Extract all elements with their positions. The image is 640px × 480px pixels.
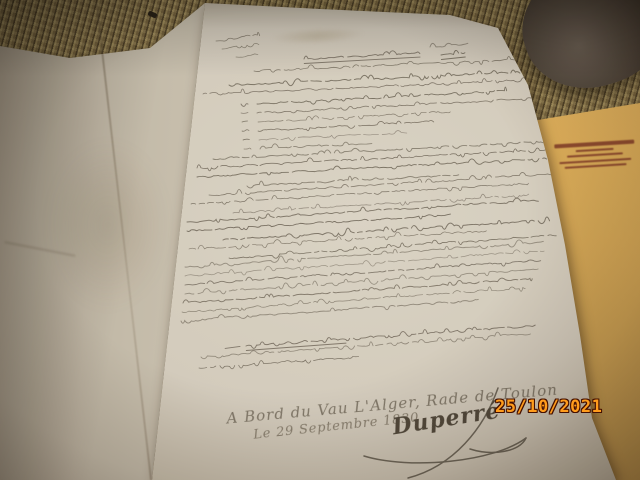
camera-datestamp: 25/10/2021 [495, 397, 602, 417]
photograph: A Bord du Vau L'Alger, Rade de Toulon Le… [0, 0, 640, 480]
